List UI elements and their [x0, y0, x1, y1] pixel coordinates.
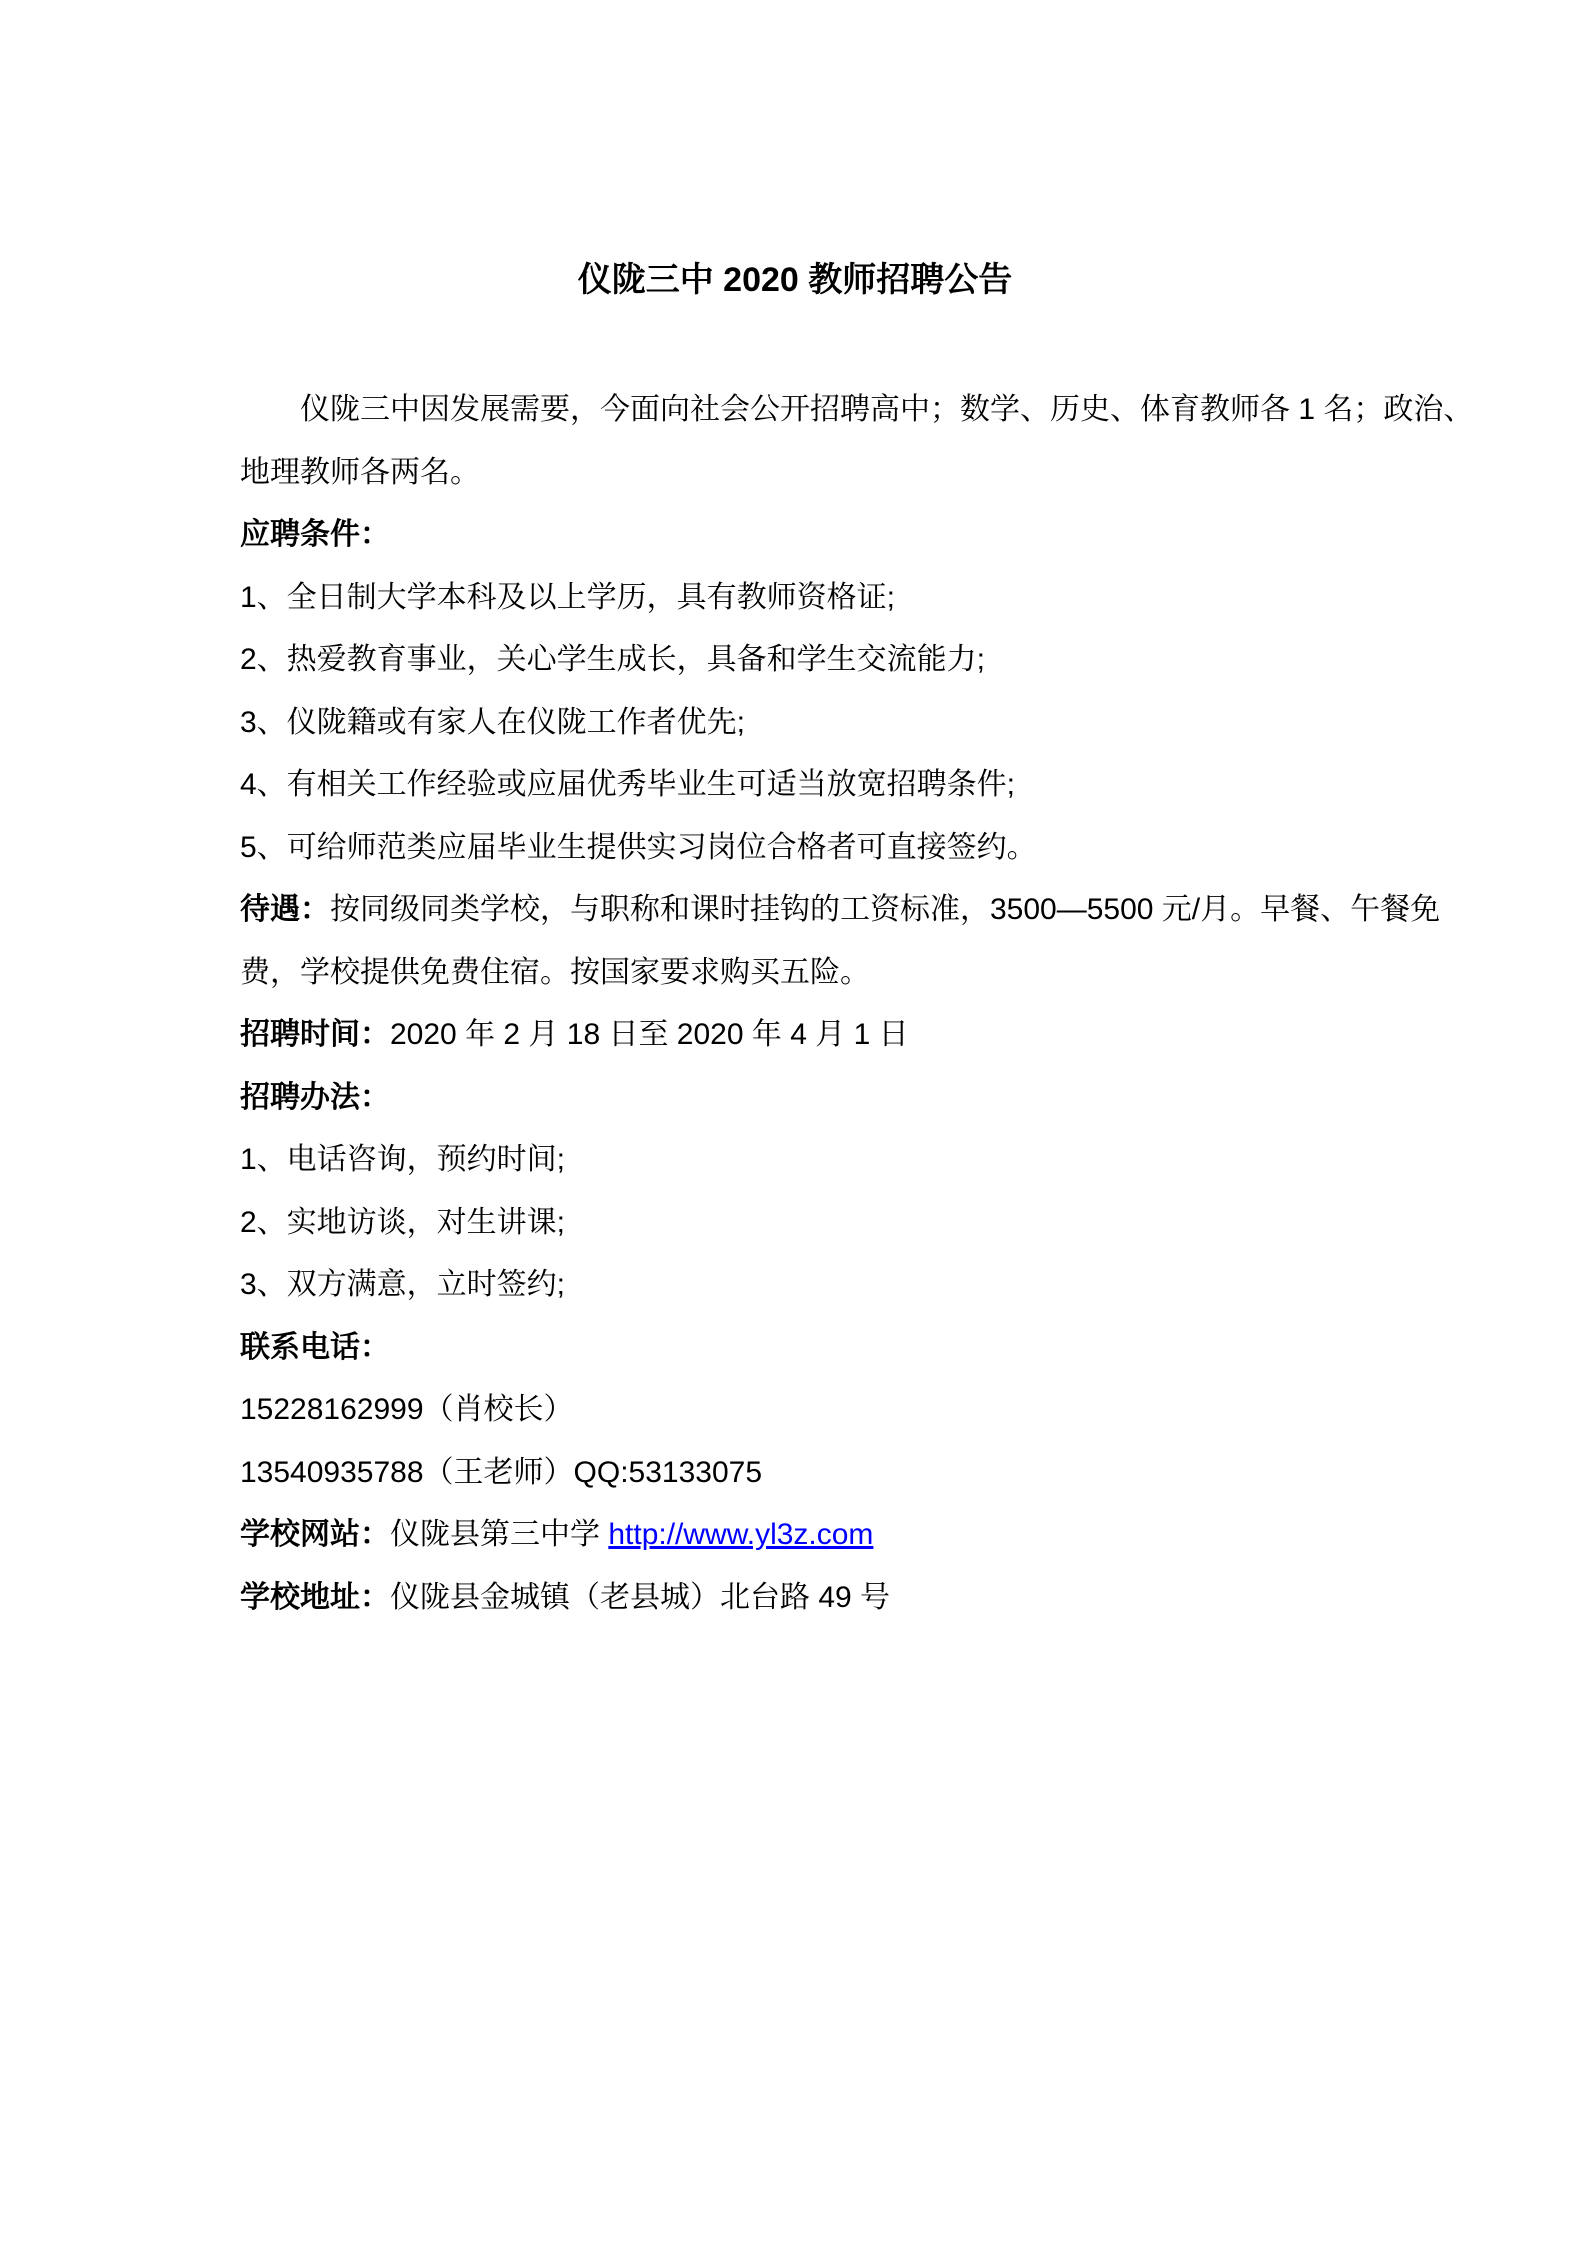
website-line: 学校网站：仪陇县第三中学 http://www.yl3z.com: [240, 1504, 1350, 1567]
condition-item-1: 1、全日制大学本科及以上学历，具有教师资格证;: [240, 567, 1350, 630]
condition-item-4: 4、有相关工作经验或应届优秀毕业生可适当放宽招聘条件;: [240, 754, 1350, 817]
recruit-time-label: 招聘时间：: [240, 1018, 390, 1051]
document-page: 仪陇三中 2020 教师招聘公告 仪陇三中因发展需要，今面向社会公开招聘高中；数…: [0, 0, 1587, 2245]
condition-item-2: 2、热爱教育事业，关心学生成长，具备和学生交流能力;: [240, 629, 1350, 692]
contact-heading: 联系电话：: [240, 1317, 1350, 1380]
salary-label: 待遇：: [240, 893, 330, 926]
intro-line-1: 仪陇三中因发展需要，今面向社会公开招聘高中；数学、历史、体育教师各 1 名；政治…: [240, 379, 1350, 442]
methods-heading: 招聘办法：: [240, 1067, 1350, 1130]
recruit-time-value: 2020 年 2 月 18 日至 2020 年 4 月 1 日: [390, 1018, 909, 1051]
doc-title: 仪陇三中 2020 教师招聘公告: [240, 249, 1350, 311]
website-school-name: 仪陇县第三中学: [390, 1518, 608, 1551]
method-item-1: 1、电话咨询，预约时间;: [240, 1129, 1350, 1192]
condition-item-5: 5、可给师范类应届毕业生提供实习岗位合格者可直接签约。: [240, 817, 1350, 880]
intro-line-2: 地理教师各两名。: [240, 442, 1350, 505]
school-website-link[interactable]: http://www.yl3z.com: [608, 1518, 873, 1551]
website-label: 学校网站：: [240, 1518, 390, 1551]
condition-item-3: 3、仪陇籍或有家人在仪陇工作者优先;: [240, 692, 1350, 755]
document-body: 仪陇三中 2020 教师招聘公告 仪陇三中因发展需要，今面向社会公开招聘高中；数…: [240, 249, 1350, 1629]
conditions-heading: 应聘条件：: [240, 504, 1350, 567]
salary-line-2: 费，学校提供免费住宿。按国家要求购买五险。: [240, 942, 1350, 1005]
address-value: 仪陇县金城镇（老县城）北台路 49 号: [390, 1581, 890, 1614]
contact-phone-2: 13540935788（王老师）QQ:53133075: [240, 1442, 1350, 1505]
contact-phone-1: 15228162999（肖校长）: [240, 1379, 1350, 1442]
address-label: 学校地址：: [240, 1581, 390, 1614]
method-item-3: 3、双方满意，立时签约;: [240, 1254, 1350, 1317]
salary-text-1: 按同级同类学校，与职称和课时挂钩的工资标准，3500—5500 元/月。早餐、午…: [330, 893, 1440, 926]
method-item-2: 2、实地访谈，对生讲课;: [240, 1192, 1350, 1255]
salary-line-1: 待遇：按同级同类学校，与职称和课时挂钩的工资标准，3500—5500 元/月。早…: [240, 879, 1350, 942]
recruit-time-line: 招聘时间：2020 年 2 月 18 日至 2020 年 4 月 1 日: [240, 1004, 1350, 1067]
address-line: 学校地址：仪陇县金城镇（老县城）北台路 49 号: [240, 1567, 1350, 1630]
